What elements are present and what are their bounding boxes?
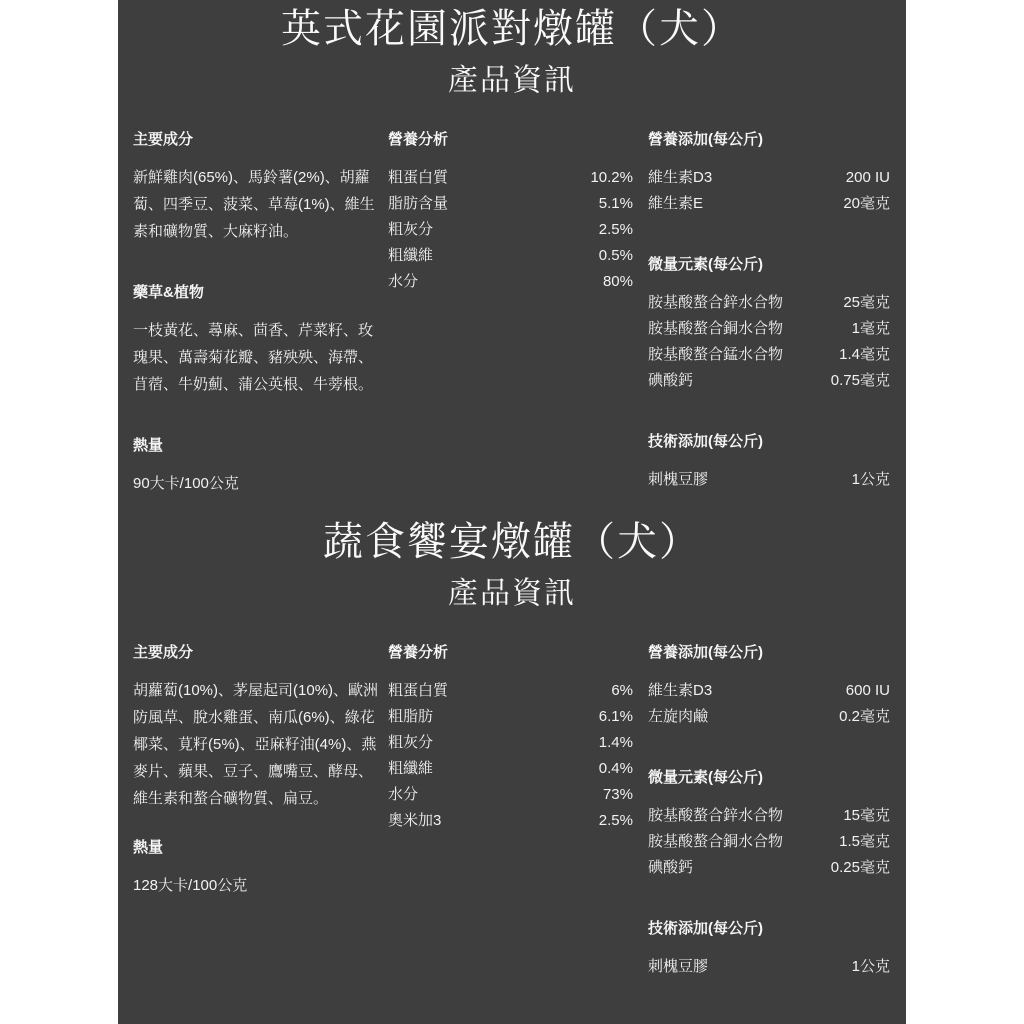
nutrition-row: 粗脂肪 6.1% [388, 704, 633, 730]
trace-element-value: 1毫克 [852, 316, 890, 342]
nutrient-label: 水分 [388, 269, 418, 295]
nutrient-label: 粗灰分 [388, 730, 433, 756]
nutrition-row: 粗灰分 1.4% [388, 730, 633, 756]
trace-element-label: 胺基酸螯合銅水合物 [648, 829, 783, 855]
additive-label: 維生素E [648, 191, 703, 217]
nutrition-row: 粗蛋白質 6% [388, 678, 633, 704]
trace-element-row: 胺基酸螯合錳水合物 1.4毫克 [648, 342, 890, 368]
trace-element-label: 碘酸鈣 [648, 855, 693, 881]
trace-elements-heading: 微量元素(每公斤) [648, 770, 890, 786]
trace-element-row: 碘酸鈣 0.25毫克 [648, 855, 890, 881]
calories-value: 128大卡/100公克 [133, 872, 383, 899]
trace-element-label: 碘酸鈣 [648, 368, 693, 394]
trace-element-value: 0.75毫克 [831, 368, 890, 394]
product-title: 蔬食饗宴燉罐（犬） [118, 517, 906, 567]
nutrient-label: 奧米加3 [388, 808, 441, 834]
main-ingredients-heading: 主要成分 [133, 132, 383, 148]
trace-element-row: 胺基酸螯合銅水合物 1毫克 [648, 316, 890, 342]
trace-element-row: 胺基酸螯合銅水合物 1.5毫克 [648, 829, 890, 855]
ingredients-column: 主要成分 新鮮雞肉(65%)、馬鈴薯(2%)、胡蘿蔔、四季豆、菠菜、草莓(1%)… [133, 132, 383, 497]
nutrient-label: 水分 [388, 782, 418, 808]
nutrient-label: 粗脂肪 [388, 704, 433, 730]
additives-rows: 維生素D3 600 IU 左旋肉鹼 0.2毫克 [648, 678, 890, 730]
nutrition-row: 粗纖維 0.4% [388, 756, 633, 782]
nutrient-label: 粗纖維 [388, 243, 433, 269]
ingredients-text: 胡蘿蔔(10%)、茅屋起司(10%)、歐洲防風草、脫水雞蛋、南瓜(6%)、綠花椰… [133, 677, 383, 812]
technical-additive-label: 刺槐豆膠 [648, 467, 708, 493]
nutrition-rows: 粗蛋白質 10.2% 脂肪含量 5.1% 粗灰分 2.5% 粗纖維 0.5% [388, 165, 633, 295]
nutrition-row: 粗蛋白質 10.2% [388, 165, 633, 191]
nutrition-row: 粗灰分 2.5% [388, 217, 633, 243]
additives-heading: 營養添加(每公斤) [648, 132, 890, 148]
herbs-heading: 藥草&植物 [133, 285, 383, 301]
trace-element-row: 碘酸鈣 0.75毫克 [648, 368, 890, 394]
trace-elements-rows: 胺基酸螯合鋅水合物 25毫克 胺基酸螯合銅水合物 1毫克 胺基酸螯合錳水合物 1… [648, 290, 890, 394]
additive-value: 200 IU [846, 165, 890, 191]
nutrient-label: 粗蛋白質 [388, 678, 448, 704]
trace-elements-heading: 微量元素(每公斤) [648, 257, 890, 273]
technical-additives-rows: 刺槐豆膠 1公克 [648, 954, 890, 980]
trace-element-value: 15毫克 [843, 803, 890, 829]
additive-row: 維生素D3 600 IU [648, 678, 890, 704]
trace-element-value: 1.4毫克 [839, 342, 890, 368]
additive-row: 維生素E 20毫克 [648, 191, 890, 217]
technical-additives-heading: 技術添加(每公斤) [648, 434, 890, 450]
nutrition-rows: 粗蛋白質 6% 粗脂肪 6.1% 粗灰分 1.4% 粗纖維 0.4% [388, 678, 633, 834]
nutrition-heading: 營養分析 [388, 132, 633, 148]
product-columns: 主要成分 新鮮雞肉(65%)、馬鈴薯(2%)、胡蘿蔔、四季豆、菠菜、草莓(1%)… [118, 132, 906, 497]
trace-element-value: 0.25毫克 [831, 855, 890, 881]
additive-value: 0.2毫克 [839, 704, 890, 730]
trace-element-row: 胺基酸螯合鋅水合物 25毫克 [648, 290, 890, 316]
technical-additive-value: 1公克 [852, 467, 890, 493]
nutrition-row: 水分 80% [388, 269, 633, 295]
additive-label: 維生素D3 [648, 678, 712, 704]
product-columns: 主要成分 胡蘿蔔(10%)、茅屋起司(10%)、歐洲防風草、脫水雞蛋、南瓜(6%… [118, 645, 906, 980]
trace-element-label: 胺基酸螯合鋅水合物 [648, 803, 783, 829]
additive-row: 維生素D3 200 IU [648, 165, 890, 191]
trace-elements-rows: 胺基酸螯合鋅水合物 15毫克 胺基酸螯合銅水合物 1.5毫克 碘酸鈣 0.25毫… [648, 803, 890, 881]
nutrient-value: 2.5% [599, 808, 633, 834]
technical-additives-rows: 刺槐豆膠 1公克 [648, 467, 890, 493]
additives-heading: 營養添加(每公斤) [648, 645, 890, 661]
product-section: 蔬食饗宴燉罐（犬） 產品資訊 主要成分 胡蘿蔔(10%)、茅屋起司(10%)、歐… [118, 517, 906, 980]
nutrient-label: 脂肪含量 [388, 191, 448, 217]
calories-heading: 熱量 [133, 438, 383, 454]
nutrient-label: 粗蛋白質 [388, 165, 448, 191]
trace-element-label: 胺基酸螯合錳水合物 [648, 342, 783, 368]
nutrient-label: 粗纖維 [388, 756, 433, 782]
technical-additive-row: 刺槐豆膠 1公克 [648, 954, 890, 980]
trace-element-label: 胺基酸螯合銅水合物 [648, 316, 783, 342]
main-ingredients-heading: 主要成分 [133, 645, 383, 661]
herbs-text: 一枝黃花、蕁麻、茴香、芹菜籽、玫瑰果、萬壽菊花瓣、豬殃殃、海帶、苜蓿、牛奶薊、蒲… [133, 317, 383, 398]
additive-label: 左旋肉鹼 [648, 704, 708, 730]
technical-additive-value: 1公克 [852, 954, 890, 980]
additive-label: 維生素D3 [648, 165, 712, 191]
additives-rows: 維生素D3 200 IU 維生素E 20毫克 [648, 165, 890, 217]
additive-value: 600 IU [846, 678, 890, 704]
nutrient-value: 10.2% [590, 165, 633, 191]
additive-row: 左旋肉鹼 0.2毫克 [648, 704, 890, 730]
product-info-sheet: 英式花園派對燉罐（犬） 產品資訊 主要成分 新鮮雞肉(65%)、馬鈴薯(2%)、… [118, 0, 906, 1024]
nutrient-value: 0.4% [599, 756, 633, 782]
nutrition-column: 營養分析 粗蛋白質 6% 粗脂肪 6.1% 粗灰分 1.4% [388, 645, 633, 834]
nutrition-row: 粗纖維 0.5% [388, 243, 633, 269]
ingredients-text: 新鮮雞肉(65%)、馬鈴薯(2%)、胡蘿蔔、四季豆、菠菜、草莓(1%)、維生素和… [133, 164, 383, 245]
product-subtitle: 產品資訊 [118, 62, 906, 100]
product-section: 英式花園派對燉罐（犬） 產品資訊 主要成分 新鮮雞肉(65%)、馬鈴薯(2%)、… [118, 4, 906, 497]
nutrient-value: 2.5% [599, 217, 633, 243]
additive-value: 20毫克 [843, 191, 890, 217]
nutrient-value: 80% [603, 269, 633, 295]
nutrient-value: 5.1% [599, 191, 633, 217]
trace-element-row: 胺基酸螯合鋅水合物 15毫克 [648, 803, 890, 829]
nutrient-value: 73% [603, 782, 633, 808]
product-subtitle: 產品資訊 [118, 575, 906, 613]
additives-column: 營養添加(每公斤) 維生素D3 600 IU 左旋肉鹼 0.2毫克 微量元素(每… [648, 645, 890, 980]
calories-value: 90大卡/100公克 [133, 470, 383, 497]
nutrition-column: 營養分析 粗蛋白質 10.2% 脂肪含量 5.1% 粗灰分 2.5% [388, 132, 633, 295]
trace-element-value: 1.5毫克 [839, 829, 890, 855]
nutrition-row: 奧米加3 2.5% [388, 808, 633, 834]
nutrition-heading: 營養分析 [388, 645, 633, 661]
calories-heading: 熱量 [133, 840, 383, 856]
technical-additive-row: 刺槐豆膠 1公克 [648, 467, 890, 493]
trace-element-value: 25毫克 [843, 290, 890, 316]
nutrition-row: 脂肪含量 5.1% [388, 191, 633, 217]
nutrient-value: 1.4% [599, 730, 633, 756]
nutrition-row: 水分 73% [388, 782, 633, 808]
nutrient-label: 粗灰分 [388, 217, 433, 243]
product-title: 英式花園派對燉罐（犬） [118, 4, 906, 54]
nutrient-value: 6.1% [599, 704, 633, 730]
nutrient-value: 6% [611, 678, 633, 704]
ingredients-column: 主要成分 胡蘿蔔(10%)、茅屋起司(10%)、歐洲防風草、脫水雞蛋、南瓜(6%… [133, 645, 383, 899]
technical-additives-heading: 技術添加(每公斤) [648, 921, 890, 937]
nutrient-value: 0.5% [599, 243, 633, 269]
trace-element-label: 胺基酸螯合鋅水合物 [648, 290, 783, 316]
additives-column: 營養添加(每公斤) 維生素D3 200 IU 維生素E 20毫克 微量元素(每公… [648, 132, 890, 493]
technical-additive-label: 刺槐豆膠 [648, 954, 708, 980]
